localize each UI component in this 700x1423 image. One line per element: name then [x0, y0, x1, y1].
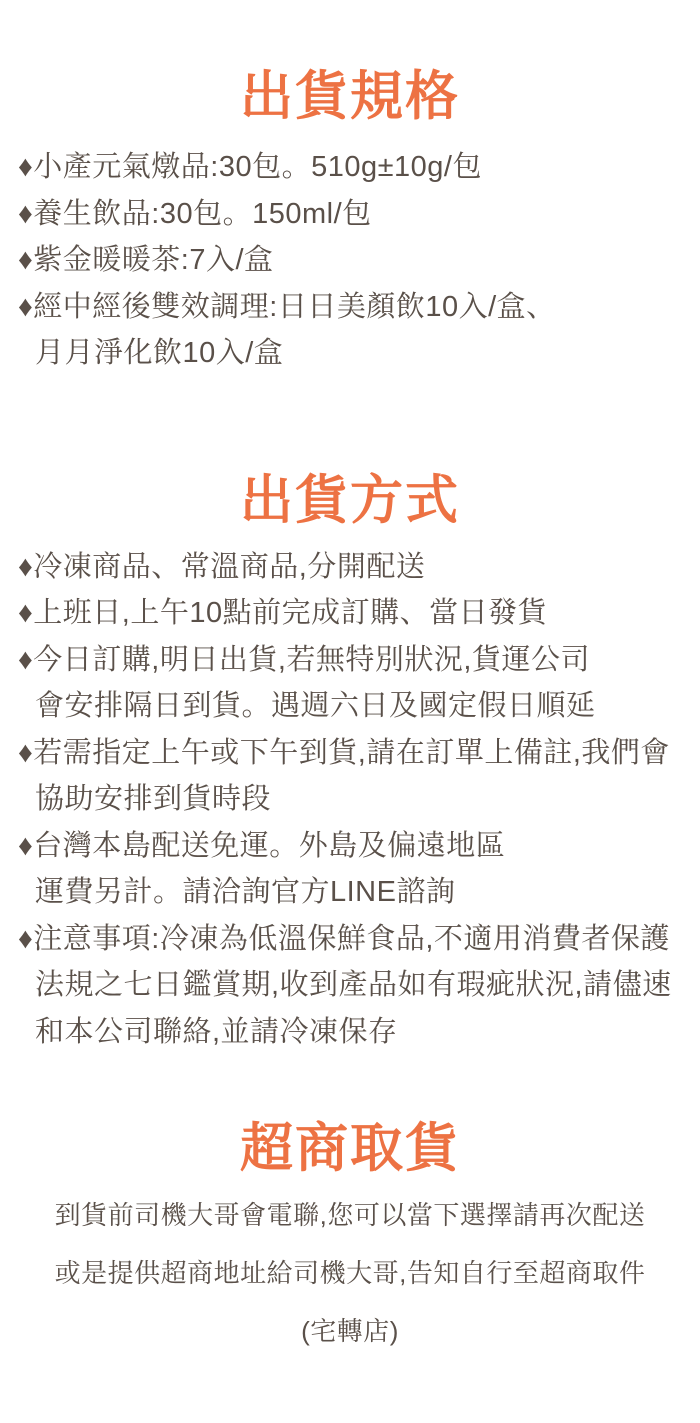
method-item-time-request-continued: 協助安排到貨時段	[18, 776, 700, 823]
store-pickup-title: 超商取貨	[0, 1119, 700, 1179]
shipping-info-page: 出貨規格 ♦小產元氣燉品:30包。510g±10g/包 ♦養生飲品:30包。15…	[0, 0, 700, 1423]
method-item-next-day: ♦今日訂購,明日出貨,若無特別狀況,貨運公司	[18, 637, 700, 684]
method-item-notice: ♦注意事項:冷凍為低溫保鮮食品,不適用消費者保護	[18, 916, 700, 963]
method-item-time-request: ♦若需指定上午或下午到貨,請在訂單上備註,我們會	[18, 730, 700, 777]
method-item-next-day-continued: 會安排隔日到貨。遇週六日及國定假日順延	[18, 683, 700, 730]
spec-item-health-drink: ♦養生飲品:30包。150ml/包	[18, 191, 700, 238]
shipping-method-title: 出貨方式	[0, 471, 700, 531]
store-pickup-notes: 到貨前司機大哥會電聯,您可以當下選擇請再次配送 或是提供超商地址給司機大哥,告知…	[0, 1195, 700, 1351]
spec-item-dual-care: ♦經中經後雙效調理:日日美顏飲10入/盒、	[18, 284, 700, 331]
pickup-note-home-to-store: (宅轉店)	[0, 1311, 700, 1351]
pickup-note-driver-call: 到貨前司機大哥會電聯,您可以當下選擇請再次配送	[0, 1195, 700, 1235]
method-item-notice-continued-1: 法規之七日鑑賞期,收到產品如有瑕疵狀況,請儘速	[18, 962, 700, 1009]
method-item-separate-delivery: ♦冷凍商品、常溫商品,分開配送	[18, 544, 700, 591]
method-item-same-day-ship: ♦上班日,上午10點前完成訂購、當日發貨	[18, 590, 700, 637]
spec-item-postpartum-stew: ♦小產元氣燉品:30包。510g±10g/包	[18, 144, 700, 191]
method-item-free-shipping-continued: 運費另計。請洽詢官方LINE諮詢	[18, 869, 700, 916]
method-item-notice-continued-2: 和本公司聯絡,並請冷凍保存	[18, 1009, 700, 1056]
shipping-method-list: ♦冷凍商品、常溫商品,分開配送 ♦上班日,上午10點前完成訂購、當日發貨 ♦今日…	[0, 544, 700, 1056]
shipping-specs-list: ♦小產元氣燉品:30包。510g±10g/包 ♦養生飲品:30包。150ml/包…	[0, 144, 700, 377]
shipping-specs-title: 出貨規格	[0, 0, 700, 127]
spec-item-warm-tea: ♦紫金暖暖茶:7入/盒	[18, 237, 700, 284]
method-item-free-shipping: ♦台灣本島配送免運。外島及偏遠地區	[18, 823, 700, 870]
pickup-note-store-address: 或是提供超商地址給司機大哥,告知自行至超商取件	[0, 1253, 700, 1293]
spec-item-dual-care-continued: 月月淨化飲10入/盒	[18, 330, 700, 377]
